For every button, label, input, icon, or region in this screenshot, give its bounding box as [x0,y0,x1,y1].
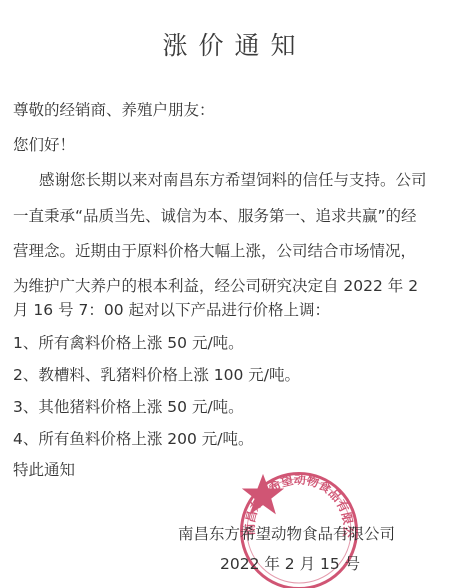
price-item-4: 4、所有鱼料价格上涨 200 元/吨。 [13,429,254,449]
company-signature: 南昌东方希望动物食品有限公司 [178,522,395,544]
price-item-2: 2、教槽料、乳猪料价格上涨 100 元/吨。 [13,365,300,385]
body-line-2: 一直秉承“品质当先、诚信为本、服务第一、追求共赢”的经 [13,206,417,226]
body-line-1: 感谢您长期以来对南昌东方希望饲料的信任与支持。公司 [39,170,427,190]
price-item-1: 1、所有禽料价格上涨 50 元/吨。 [13,333,244,353]
body-line-4: 为维护广大养户的根本利益，经公司研究决定自 2022 年 2 [13,276,418,296]
stamp-star-icon [240,472,286,518]
notice-title: 涨价通知 [0,26,459,62]
closing: 特此通知 [13,460,75,480]
salutation: 您们好！ [13,135,75,155]
body-line-3: 营理念。近期由于原料价格大幅上涨，公司结合市场情况， [13,241,416,261]
greeting: 尊敬的经销商、养殖户朋友： [13,100,215,120]
price-item-3: 3、其他猪料价格上涨 50 元/吨。 [13,397,244,417]
body-line-5: 月 16 号 7：00 起对以下产品进行价格上调： [13,300,330,320]
notice-date: 2022 年 2 月 15 号 [220,552,360,574]
